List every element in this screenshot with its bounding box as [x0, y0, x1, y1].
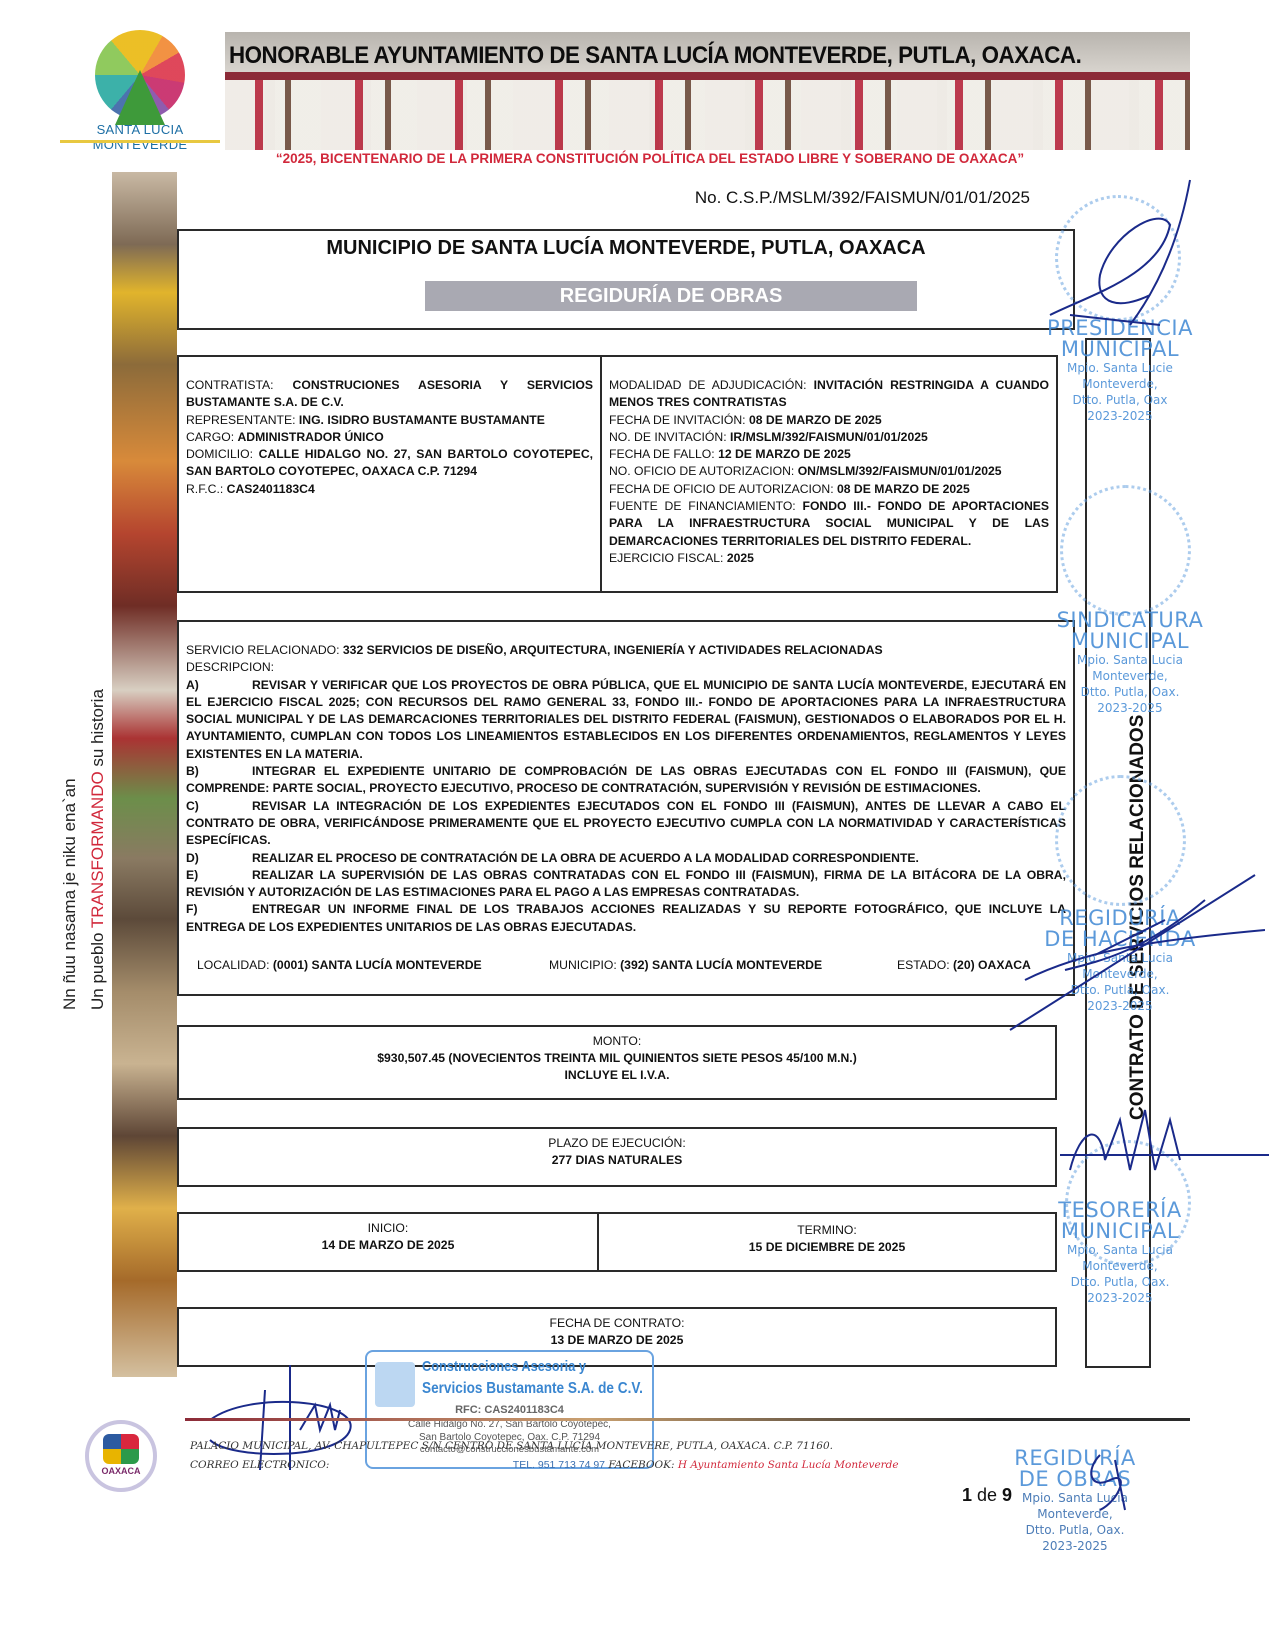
item-text: ENTREGAR UN INFORME FINAL DE LOS TRABAJO… — [186, 902, 1066, 933]
localidad: LOCALIDAD: (0001) SANTA LUCÍA MONTEVERDE — [197, 958, 482, 972]
item-letter: B) — [186, 763, 252, 780]
modalidad-label: MODALIDAD DE ADJUDICACIÓN: — [609, 378, 807, 392]
contract-date-content: FECHA DE CONTRATO: 13 DE MARZO DE 2025 — [179, 1315, 1055, 1349]
description-item: B)INTEGRAR EL EXPEDIENTE UNITARIO DE COM… — [186, 763, 1066, 798]
item-letter: A) — [186, 677, 252, 694]
department-bar: REGIDURÍA DE OBRAS — [425, 281, 917, 311]
service-details: SERVICIO RELACIONADO: 332 SERVICIOS DE D… — [179, 642, 1073, 936]
document-number: No. C.S.P./MSLM/392/FAISMUN/01/01/2025 — [620, 188, 1030, 208]
footer-phone: TEL. 951 713 74 97 — [513, 1459, 605, 1471]
stamp-line: Dtto. Putla, Oax — [1040, 392, 1200, 408]
footer-address: PALACIO MUNICIPAL, AV. CHAPULTEPEC S/N C… — [190, 1440, 833, 1452]
contrato-label: FECHA DE CONTRATO: — [179, 1315, 1055, 1332]
item-text: REALIZAR EL PROCESO DE CONTRATACIÓN DE L… — [252, 851, 919, 865]
embroidery-pattern — [225, 80, 1190, 150]
description-item: F)ENTREGAR UN INFORME FINAL DE LOS TRABA… — [186, 901, 1066, 936]
agave-icon — [115, 70, 165, 125]
page-total: 9 — [1002, 1485, 1012, 1505]
amount-note: INCLUYE EL I.V.A. — [565, 1068, 670, 1082]
page-current: 1 — [962, 1485, 972, 1505]
start-content: INICIO: 14 DE MARZO DE 2025 — [179, 1220, 597, 1254]
description-item: A)REVISAR Y VERIFICAR QUE LOS PROYECTOS … — [186, 677, 1066, 763]
estado-label: ESTADO: — [897, 958, 950, 972]
amount-box: MONTO: $930,507.45 (NOVECIENTOS TREINTA … — [177, 1025, 1057, 1100]
company-rfc: RFC: CAS2401183C4 — [367, 1404, 652, 1416]
municipio-label: MUNICIPIO: — [549, 958, 617, 972]
stamp-line: Dtto. Putla, Oax. — [1000, 1522, 1150, 1538]
inicio-value: 14 DE MARZO DE 2025 — [322, 1238, 455, 1252]
stamp-line: Monteverde, — [1040, 1258, 1200, 1274]
item-letter: F) — [186, 901, 252, 918]
item-letter: D) — [186, 850, 252, 867]
award-box: MODALIDAD DE ADJUDICACIÓN: INVITACIÓN RE… — [600, 355, 1058, 593]
stamp-line: 2023-2025 — [1000, 1538, 1150, 1554]
decorative-photo-strip — [112, 172, 177, 1377]
term-content: PLAZO DE EJECUCIÓN: 277 DIAS NATURALES — [179, 1135, 1055, 1169]
servicio-label: SERVICIO RELACIONADO: — [186, 643, 340, 657]
stamp-line: Monteverde, — [1040, 376, 1200, 392]
item-text: REVISAR Y VERIFICAR QUE LOS PROYECTOS DE… — [186, 678, 1066, 761]
inicio-label: INICIO: — [179, 1220, 597, 1237]
cargo-label: CARGO: — [186, 430, 234, 444]
stamp-title: MUNICIPAL — [1040, 1221, 1200, 1242]
oaxaca-emblem-icon — [103, 1434, 139, 1464]
page-separator: de — [972, 1485, 1002, 1505]
localidad-label: LOCALIDAD: — [197, 958, 269, 972]
slogan-line-2: Un pueblo TRANSFORMANDO su historia — [88, 689, 108, 1010]
company-name-1: Construcciones Asesoria y — [422, 1358, 586, 1375]
item-text: REALIZAR LA SUPERVISIÓN DE LAS OBRAS CON… — [186, 868, 1066, 899]
fecha-invitacion-value: 08 DE MARZO DE 2025 — [749, 413, 882, 427]
fuente-label: FUENTE DE FINANCIAMIENTO: — [609, 499, 796, 513]
item-text: INTEGRAR EL EXPEDIENTE UNITARIO DE COMPR… — [186, 764, 1066, 795]
signature-tesoreria-icon — [1060, 1100, 1269, 1190]
oaxaca-logo: OAXACA — [85, 1420, 157, 1492]
amount-label: MONTO: — [179, 1033, 1055, 1050]
amount-content: MONTO: $930,507.45 (NOVECIENTOS TREINTA … — [179, 1033, 1055, 1084]
slogan-line-1: Nn ñuu nasama je niku ena`an — [60, 778, 80, 1010]
banner-title: HONORABLE AYUNTAMIENTO DE SANTA LUCÍA MO… — [229, 42, 1081, 70]
termino-label: TERMINO: — [599, 1222, 1055, 1239]
domicilio-label: DOMICILIO: — [186, 447, 253, 461]
slogan-part: su historia — [88, 689, 107, 771]
stamp-title: SINDICATURA — [1045, 610, 1215, 631]
municipal-logo: SANTA LUCIA MONTEVERDE — [55, 30, 225, 160]
stamp-line: 2023-2025 — [1045, 700, 1215, 716]
term-box: PLAZO DE EJECUCIÓN: 277 DIAS NATURALES — [177, 1127, 1057, 1187]
stamp-sindicatura: SINDICATURA MUNICIPAL Mpio. Santa Lucia … — [1045, 610, 1215, 716]
signature-presidente-icon — [1010, 175, 1210, 365]
signature-hacienda-icon — [1005, 870, 1265, 1040]
company-name-2: Servicios Bustamante S.A. de C.V. — [422, 1380, 643, 1398]
stamp-line: Dtto. Putla, Oax. — [1040, 1274, 1200, 1290]
description-item: C)REVISAR LA INTEGRACIÓN DE LOS EXPEDIEN… — [186, 798, 1066, 850]
start-date-box: INICIO: 14 DE MARZO DE 2025 — [177, 1212, 599, 1272]
footer-divider — [185, 1418, 1190, 1421]
banner-stripe — [225, 72, 1190, 80]
title-box: MUNICIPIO DE SANTA LUCÍA MONTEVERDE, PUT… — [177, 229, 1075, 330]
stamp-tesoreria: TESORERÍA MUNICIPAL Mpio. Santa Lucia Mo… — [1040, 1200, 1200, 1306]
representante-value: ING. ISIDRO BUSTAMANTE BUSTAMANTE — [299, 413, 545, 427]
stamp-line: Monteverde, — [1045, 668, 1215, 684]
oaxaca-label: OAXACA — [89, 1466, 153, 1476]
item-letter: E) — [186, 867, 252, 884]
facebook-value: H Ayuntamiento Santa Lucía Monteverde — [678, 1459, 899, 1471]
signature-obras-icon — [1080, 1450, 1140, 1520]
year-motto: “2025, BICENTENARIO DE LA PRIMERA CONSTI… — [240, 151, 1060, 166]
municipio: MUNICIPIO: (392) SANTA LUCÍA MONTEVERDE — [549, 958, 822, 972]
contractor-box: CONTRATISTA: CONSTRUCIONES ASESORIA Y SE… — [177, 355, 602, 593]
stamp-line: 2023-2025 — [1040, 408, 1200, 424]
fecha-fallo-label: FECHA DE FALLO: — [609, 447, 715, 461]
item-text: REVISAR LA INTEGRACIÓN DE LOS EXPEDIENTE… — [186, 799, 1066, 848]
ejercicio-label: EJERCICIO FISCAL: — [609, 551, 723, 565]
term-label: PLAZO DE EJECUCIÓN: — [179, 1135, 1055, 1152]
representante-label: REPRESENTANTE: — [186, 413, 295, 427]
termino-value: 15 DE DICIEMBRE DE 2025 — [749, 1240, 905, 1254]
no-invitacion-label: NO. DE INVITACIÓN: — [609, 430, 727, 444]
facebook-label: FACEBOOK: — [608, 1459, 674, 1471]
amount-value: $930,507.45 (NOVECIENTOS TREINTA MIL QUI… — [377, 1051, 857, 1065]
rfc-label: R.F.C.: — [186, 482, 223, 496]
rfc-value: CAS2401183C4 — [227, 482, 315, 496]
localidad-value: (0001) SANTA LUCÍA MONTEVERDE — [273, 958, 482, 972]
servicio-value: 332 SERVICIOS DE DISEÑO, ARQUITECTURA, I… — [343, 643, 883, 657]
logo-underline — [60, 140, 220, 143]
no-invitacion-value: IR/MSLM/392/FAISMUN/01/01/2025 — [730, 430, 928, 444]
no-oficio-label: NO. OFICIO DE AUTORIZACION: — [609, 464, 794, 478]
header-banner: HONORABLE AYUNTAMIENTO DE SANTA LUCÍA MO… — [225, 32, 1190, 150]
award-details: MODALIDAD DE ADJUDICACIÓN: INVITACIÓN RE… — [602, 377, 1056, 567]
municipio-value: (392) SANTA LUCÍA MONTEVERDE — [620, 958, 822, 972]
end-content: TERMINO: 15 DE DICIEMBRE DE 2025 — [599, 1222, 1055, 1256]
stamp-title: MUNICIPAL — [1045, 631, 1215, 652]
stamp-line: Dtto. Putla, Oax. — [1045, 684, 1215, 700]
contratista-label: CONTRATISTA: — [186, 378, 274, 392]
fecha-oficio-label: FECHA DE OFICIO DE AUTORIZACION: — [609, 482, 834, 496]
logo-name: SANTA LUCIA MONTEVERDE — [55, 122, 225, 152]
municipality-title: MUNICIPIO DE SANTA LUCÍA MONTEVERDE, PUT… — [179, 237, 1073, 260]
page-number: 1 de 9 — [962, 1485, 1012, 1506]
slogan-part: Un pueblo — [88, 928, 107, 1010]
fecha-oficio-value: 08 DE MARZO DE 2025 — [837, 482, 970, 496]
contrato-value: 13 DE MARZO DE 2025 — [551, 1333, 684, 1347]
contractor-details: CONTRATISTA: CONSTRUCIONES ASESORIA Y SE… — [179, 377, 600, 498]
fecha-invitacion-label: FECHA DE INVITACIÓN: — [609, 413, 746, 427]
stamp-line: Mpio. Santa Lucia — [1040, 1242, 1200, 1258]
stamp-line: 2023-2025 — [1040, 1290, 1200, 1306]
descripcion-label: DESCRIPCION: — [186, 660, 274, 674]
stamp-line: Mpio. Santa Lucia — [1045, 652, 1215, 668]
description-item: E)REALIZAR LA SUPERVISIÓN DE LAS OBRAS C… — [186, 867, 1066, 902]
description-item: D)REALIZAR EL PROCESO DE CONTRATACIÓN DE… — [186, 850, 1066, 867]
no-oficio-value: ON/MSLM/392/FAISMUN/01/01/2025 — [798, 464, 1002, 478]
fecha-fallo-value: 12 DE MARZO DE 2025 — [718, 447, 851, 461]
email-label: CORREO ELECTRONICO: — [190, 1459, 329, 1471]
seal-icon — [1060, 485, 1191, 616]
stamp-title: TESORERÍA — [1040, 1200, 1200, 1221]
item-letter: C) — [186, 798, 252, 815]
footer-contact: CORREO ELECTRONICO: TEL. 951 713 74 97 F… — [190, 1459, 899, 1471]
company-logo-icon — [375, 1362, 415, 1407]
service-box: SERVICIO RELACIONADO: 332 SERVICIOS DE D… — [177, 620, 1075, 996]
cargo-value: ADMINISTRADOR ÚNICO — [237, 430, 383, 444]
slogan-highlight: TRANSFORMANDO — [88, 771, 107, 928]
ejercicio-value: 2025 — [727, 551, 754, 565]
end-date-box: TERMINO: 15 DE DICIEMBRE DE 2025 — [597, 1212, 1057, 1272]
term-value: 277 DIAS NATURALES — [552, 1153, 682, 1167]
